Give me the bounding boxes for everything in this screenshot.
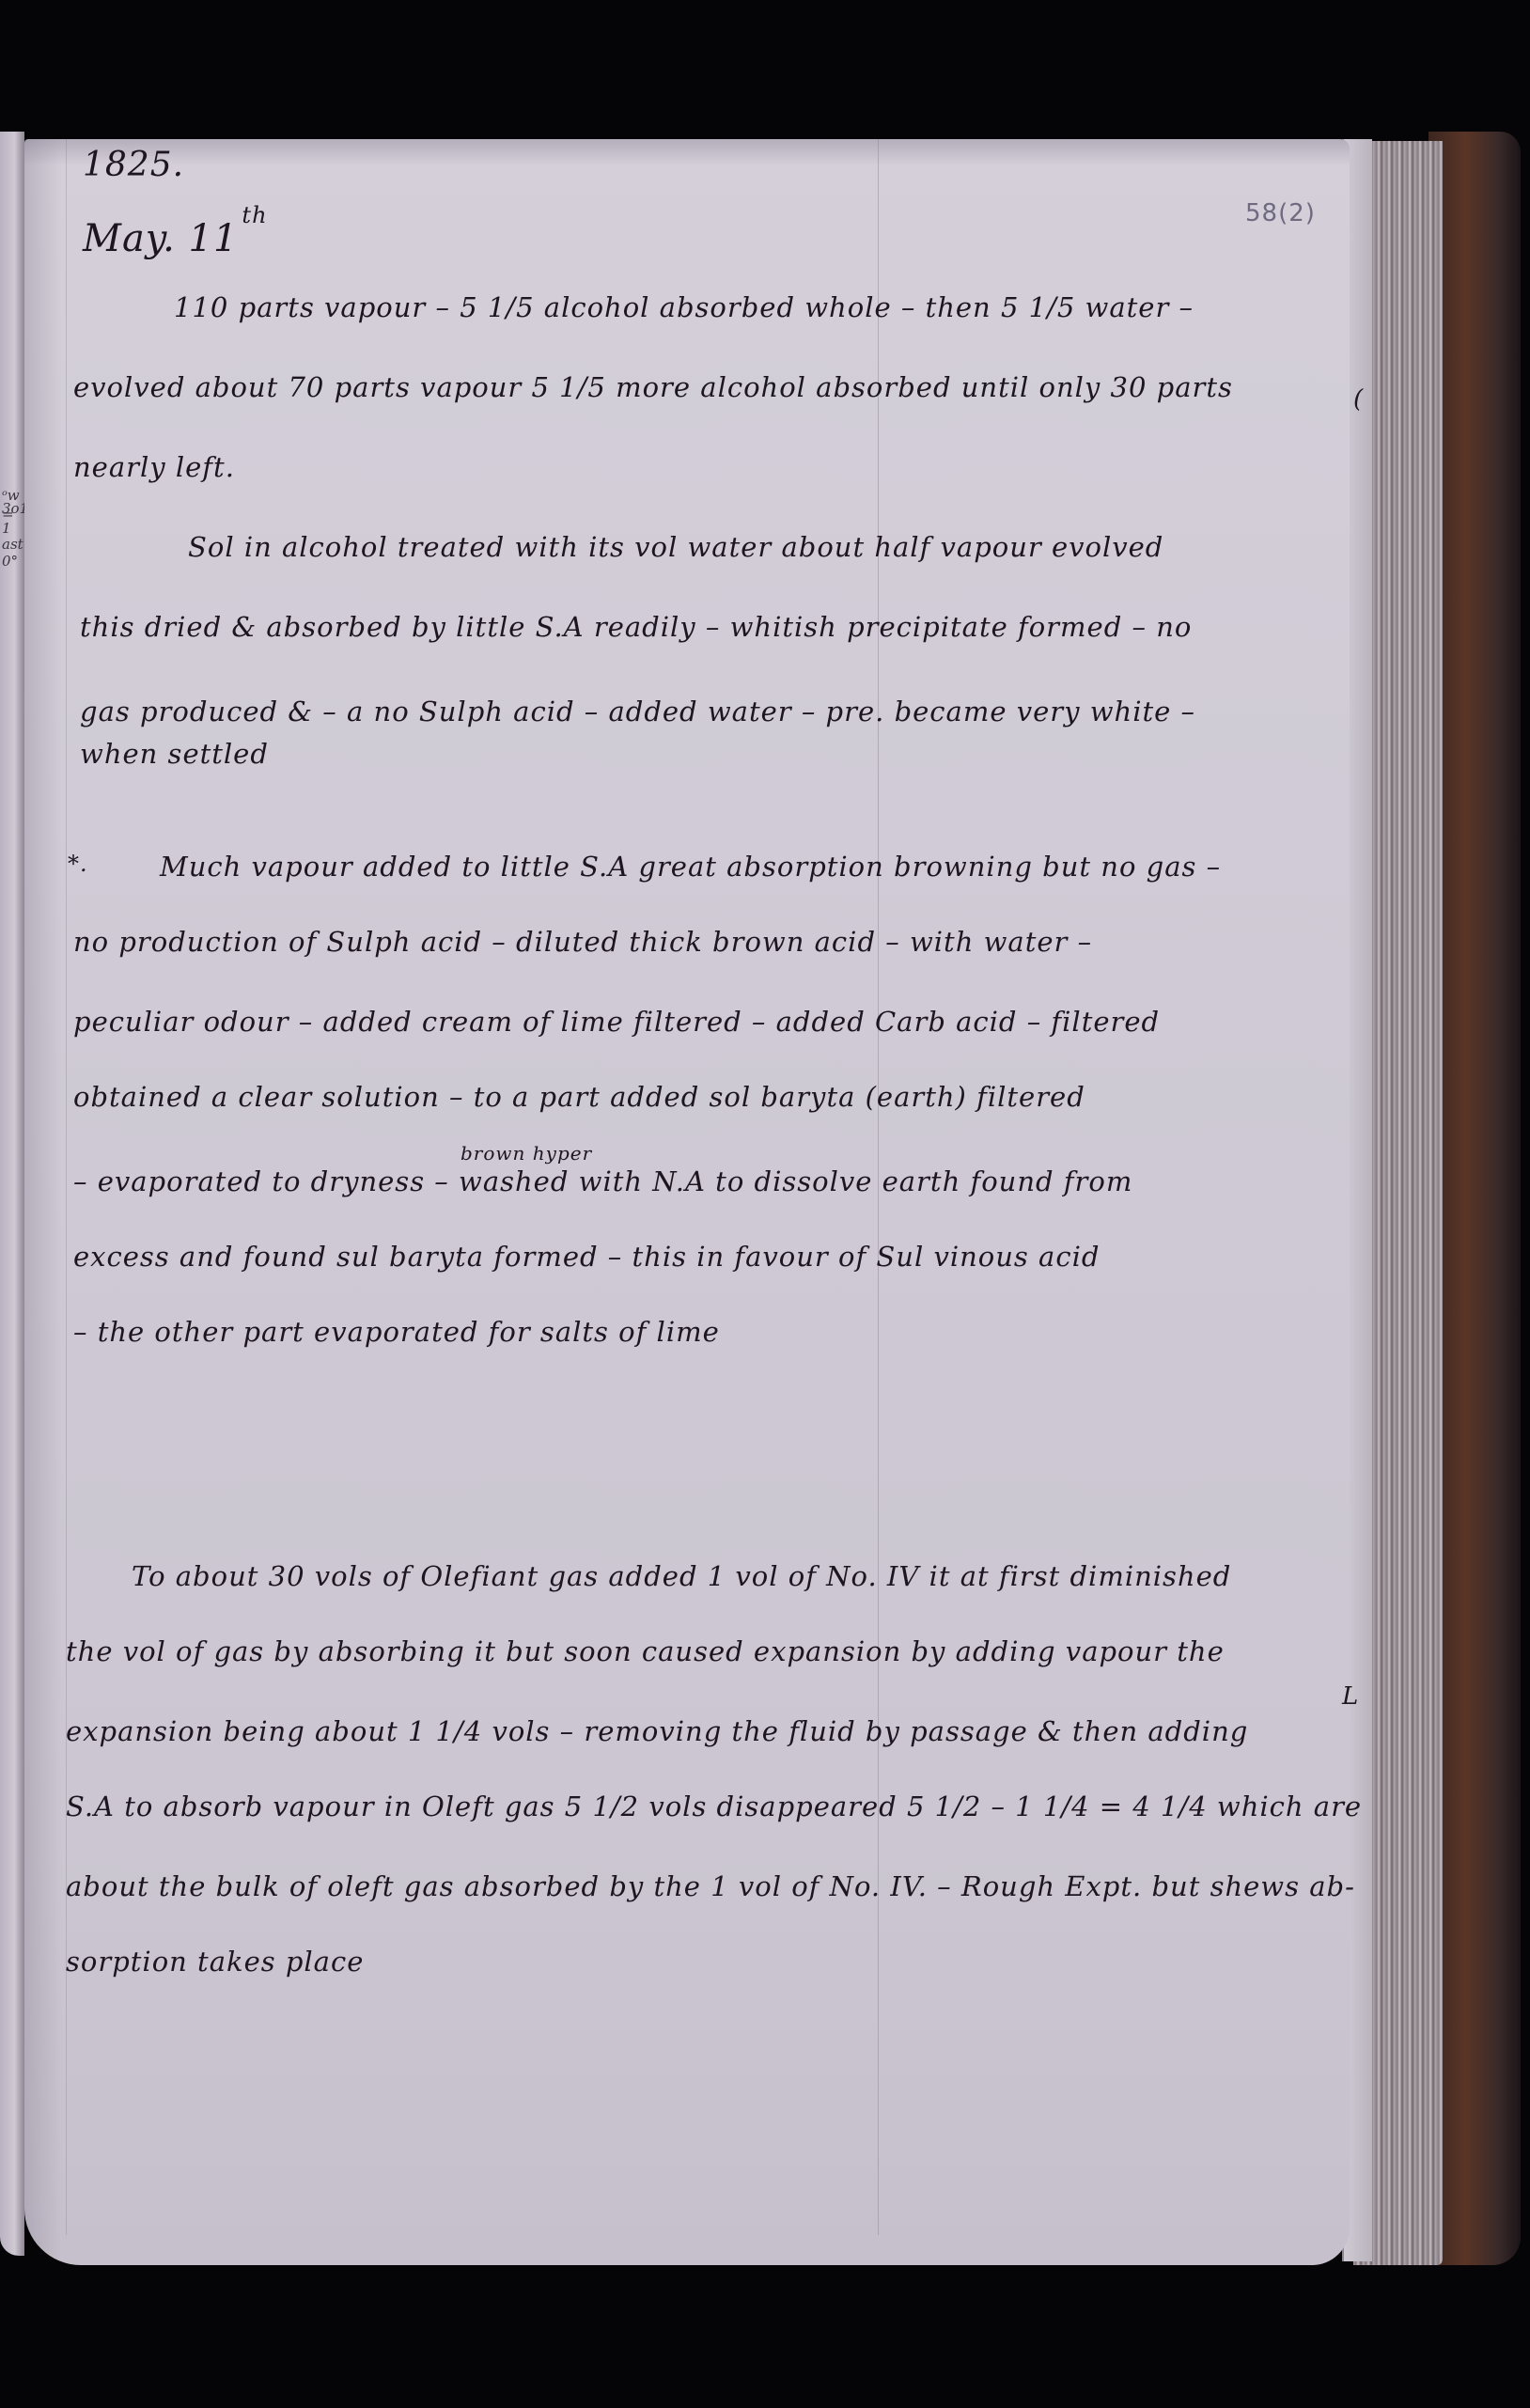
entry-2-line-3: gas produced & – a no Sulph acid – added… bbox=[80, 696, 1195, 727]
entry-1-line-3: nearly left. bbox=[73, 451, 235, 483]
entry-3-line-6: excess and found sul baryta formed – thi… bbox=[73, 1241, 1100, 1273]
margin-rule bbox=[66, 139, 67, 2235]
entry-3-marker: *. bbox=[68, 851, 88, 877]
entry-4-line-5: about the bulk of oleft gas absorbed by … bbox=[66, 1870, 1355, 1902]
entry-3-line-2: no production of Sulph acid – diluted th… bbox=[73, 926, 1092, 958]
left-margin-fragment: ast bbox=[2, 538, 23, 551]
interlinear-note: brown hyper bbox=[461, 1142, 592, 1165]
left-margin-notes: ᵒw 3o1 = 1 ast 0° bbox=[0, 0, 24, 2256]
entry-4-line-2: the vol of gas by absorbing it but soon … bbox=[66, 1635, 1225, 1667]
left-margin-fragment: 0° bbox=[2, 555, 18, 568]
entry-3-line-7: – the other part evaporated for salts of… bbox=[73, 1316, 720, 1348]
entry-4-line-3: expansion being about 1 1/4 vols – remov… bbox=[66, 1715, 1248, 1747]
date-text: May. 11 bbox=[83, 217, 238, 260]
right-margin-fragment: L bbox=[1342, 1682, 1359, 1711]
entry-2-line-2: this dried & absorbed by little S.A read… bbox=[80, 611, 1192, 643]
entry-2-line-4: when settled bbox=[80, 738, 269, 770]
entry-3-line-3: peculiar odour – added cream of lime fil… bbox=[73, 1006, 1160, 1038]
entry-date: May. 11th bbox=[83, 202, 268, 260]
folio-number: 58(2) bbox=[1245, 199, 1316, 227]
entry-4-line-4: S.A to absorb vapour in Oleft gas 5 1/2 … bbox=[66, 1790, 1362, 1822]
entry-4-line-6: sorption takes place bbox=[66, 1946, 364, 1978]
entry-2-line-1: Sol in alcohol treated with its vol wate… bbox=[188, 531, 1163, 563]
left-margin-fragment: = bbox=[2, 508, 14, 521]
entry-3-line-5: – evaporated to dryness – washed with N.… bbox=[73, 1165, 1132, 1197]
left-margin-fragment: 1 bbox=[2, 522, 11, 535]
right-margin-fragment: ( bbox=[1353, 385, 1364, 414]
entry-4-line-1: To about 30 vols of Olefiant gas added 1… bbox=[132, 1560, 1231, 1592]
entry-1-line-1: 110 parts vapour – 5 1/5 alcohol absorbe… bbox=[174, 291, 1194, 323]
entry-1-line-2: evolved about 70 parts vapour 5 1/5 more… bbox=[73, 371, 1233, 403]
entry-year: 1825. bbox=[83, 146, 184, 184]
entry-3-line-4: obtained a clear solution – to a part ad… bbox=[73, 1081, 1085, 1113]
entry-3-line-1: Much vapour added to little S.A great ab… bbox=[160, 851, 1221, 883]
date-suffix: th bbox=[242, 202, 267, 228]
